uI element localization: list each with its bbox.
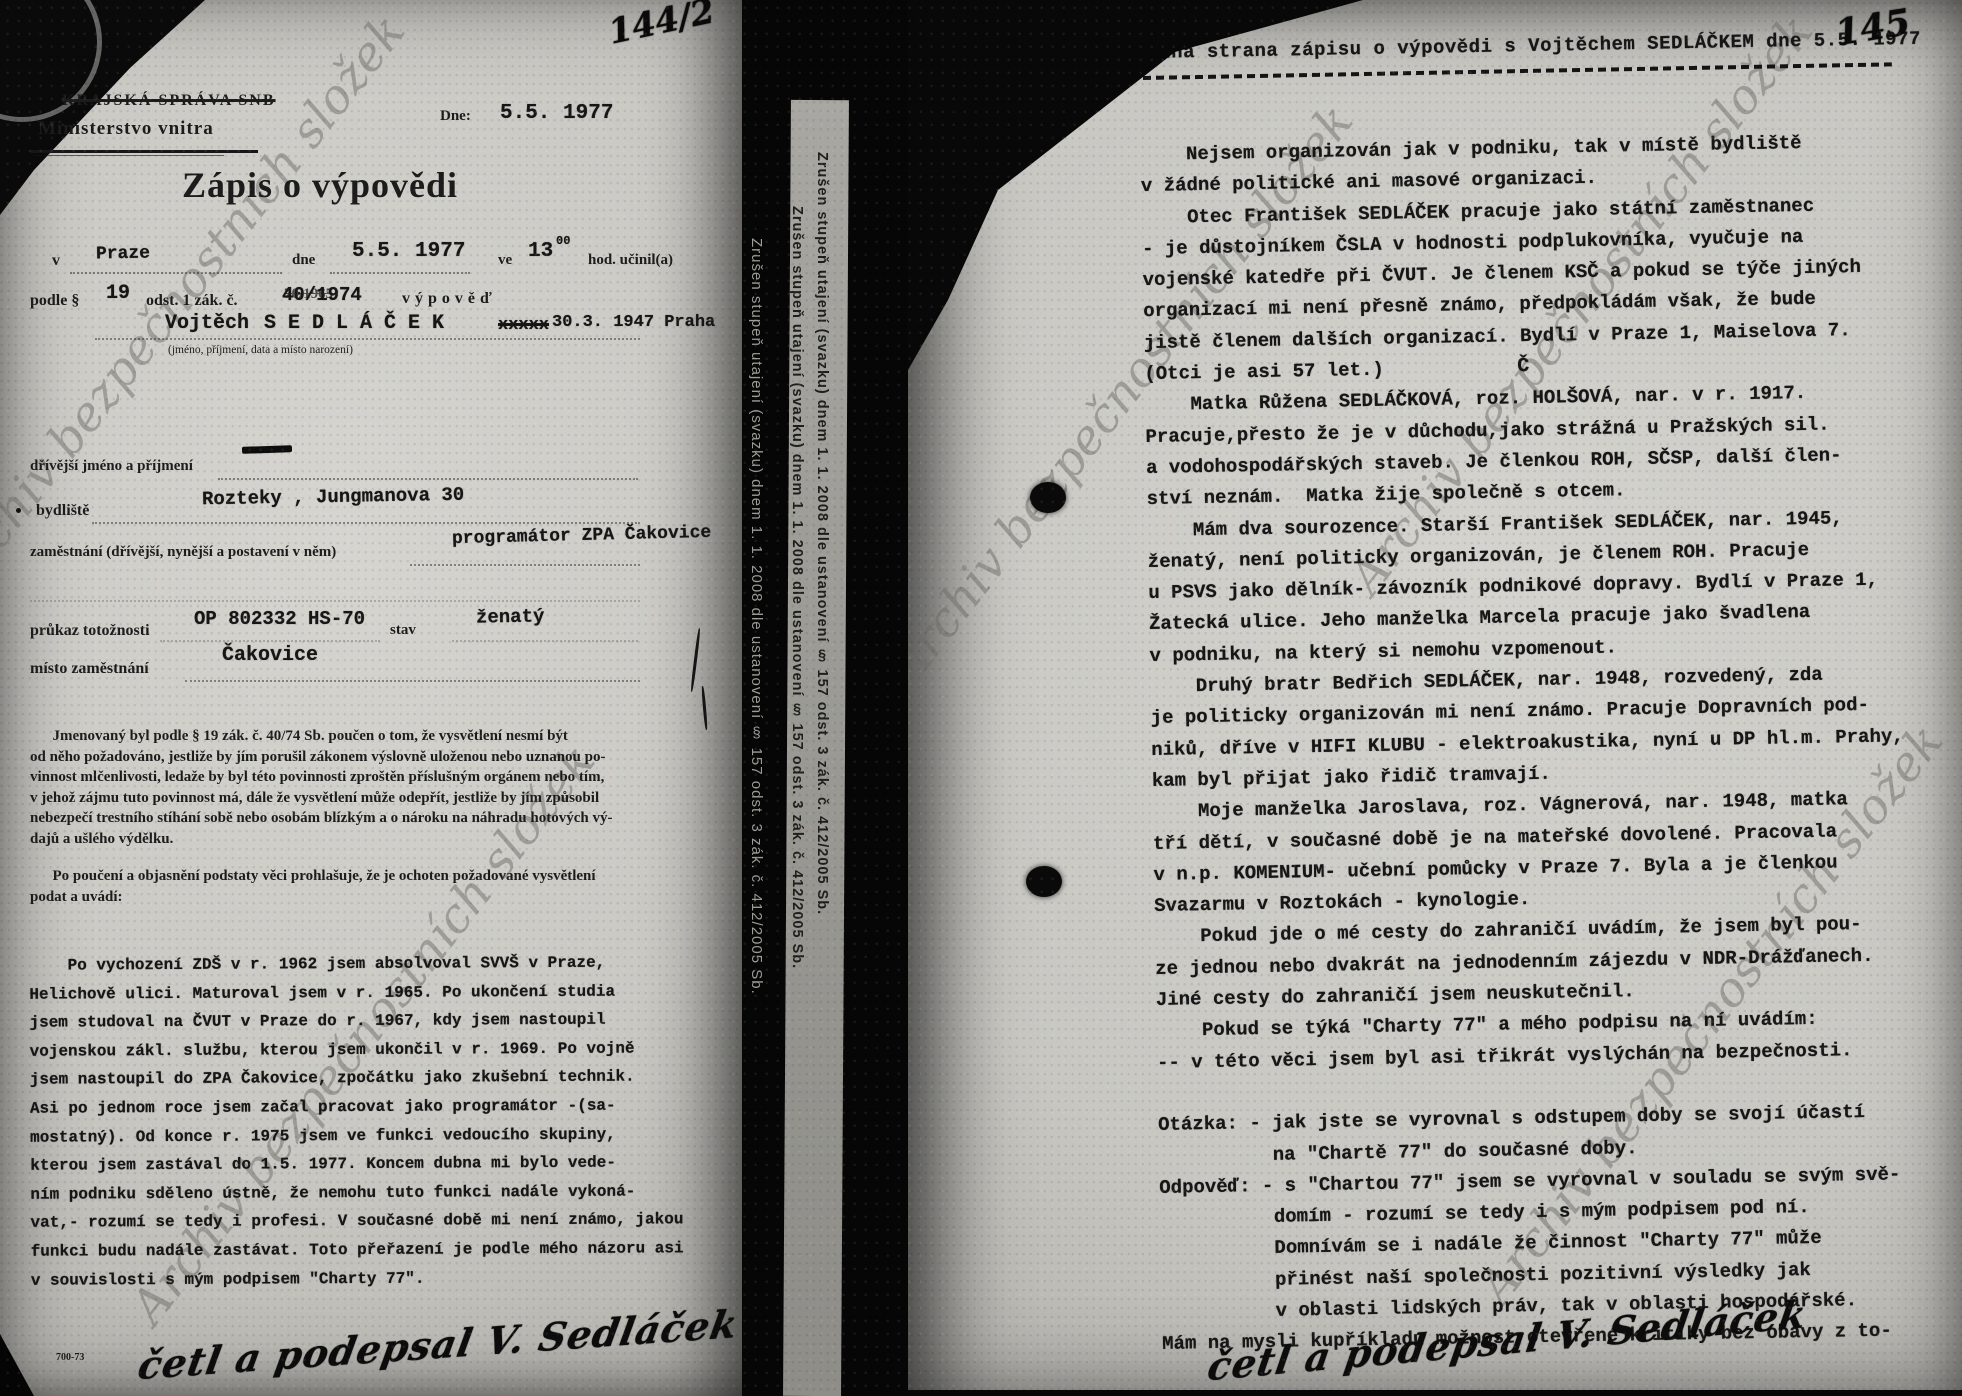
- date-label: Dne:: [440, 108, 471, 125]
- ve-label: ve: [498, 252, 512, 269]
- law-number-overtyped: 70/1965 40/1974: [282, 284, 362, 306]
- dotted-rule: [452, 640, 638, 642]
- date-value: 5.5. 1977: [500, 102, 613, 125]
- dotted-rule: [30, 600, 640, 602]
- vypoved-label: výpověď: [402, 290, 497, 308]
- text-line: Asi po jednom roce jsem začal pracovat j…: [30, 1091, 683, 1123]
- dotted-rule: [70, 272, 282, 274]
- dotted-rule: [410, 564, 640, 566]
- letterhead-underline: [30, 150, 258, 153]
- dotted-rule: [218, 478, 638, 480]
- podle-label: podle §: [30, 292, 79, 310]
- status-value: ženatý: [476, 605, 545, 628]
- dotted-rule: [330, 272, 470, 274]
- ink-dot: [16, 508, 21, 513]
- text-line: jsem nastoupil do ZPA Čakovice, zpočátku…: [30, 1063, 683, 1095]
- place-label: v: [52, 252, 60, 270]
- birth-date-place: 30.3. 1947 Praha: [552, 313, 715, 332]
- text-line: vojenskou zákl. službu, kterou jsem ukon…: [30, 1034, 683, 1066]
- time-value: 13: [528, 240, 553, 263]
- typed-correction-mark: Č: [1517, 355, 1529, 378]
- text-line: kterou jsem zastával do 1.5. 1977. Konce…: [30, 1148, 683, 1180]
- dotted-rule: [95, 338, 640, 340]
- text-line: nebezpečí trestního stíhání sobě nebo os…: [30, 808, 612, 829]
- first-name: Vojtěch: [165, 312, 249, 335]
- declassification-note-vertical: Zrušen stupeň utajení (svazku) dnem 1. 1…: [814, 152, 830, 915]
- text-line: ním podniku sděleno ústně, že nemohu tut…: [30, 1177, 683, 1209]
- text-line: v souvislosti s mým podpisem "Charty 77"…: [31, 1263, 684, 1295]
- left-page-scan: Archiv bezpečnostních složek Archiv bezp…: [0, 0, 742, 1396]
- text-line: mostatný). Od konce r. 1975 jsem ve funk…: [30, 1120, 683, 1152]
- declassification-note-vertical: Zrušen stupeň utajení (svazku) dnem 1. 1…: [748, 238, 765, 995]
- handwritten-page-number: 144/2: [605, 0, 718, 53]
- field-workplace-label: místo zaměstnání: [30, 660, 149, 678]
- residence-value: Rozteky , Jungmanova 30: [202, 484, 465, 511]
- ink-mark: [690, 628, 701, 692]
- dne-value: 5.5. 1977: [352, 240, 465, 263]
- text-line: jsem studoval na ČVUT v Praze do r. 1967…: [29, 1005, 682, 1037]
- right-page-content: Druhá strana zápisu o výpovědi s Vojtěch…: [908, 0, 1962, 1390]
- dotted-rule: [185, 680, 640, 682]
- dotted-rule: [92, 522, 640, 524]
- time-superscript: 00: [556, 234, 570, 248]
- ministry-letterhead: Ministerstvo vnitra: [38, 118, 214, 140]
- text-line: dajů a ušlého výdělku.: [30, 829, 612, 850]
- letterhead-struck: KRAJSKÁ SPRÁVA SNB: [62, 92, 276, 110]
- surname: S E D L Á Č E K: [264, 312, 444, 335]
- name-caption: (jméno, příjmení, data a místo narození): [168, 344, 353, 356]
- scan-corner-shadow: [0, 1334, 34, 1396]
- right-page-scan: Archiv bezpečnostních složek Archiv bezp…: [908, 0, 1962, 1390]
- field-id-label: průkaz totožnosti: [30, 622, 150, 640]
- text-line: Helichově ulici. Maturoval jsem v r. 196…: [29, 977, 682, 1009]
- declassification-note-vertical: Zrušen stupeň utajení (svazku) dnem 1. 1…: [789, 206, 805, 969]
- field-job-label: zaměstnání (dřívější, nynější a postaven…: [30, 544, 336, 561]
- dne-label: dne: [292, 252, 315, 269]
- document-title: Zápis o výpovědi: [140, 164, 500, 206]
- field-residence-label: bydliště: [36, 502, 89, 520]
- job-value: programátor ZPA Čakovice: [452, 523, 712, 549]
- text-line: vat,- rozumí se tedy i profesi. V součas…: [30, 1206, 683, 1238]
- signature-left: četl a podepsal V. Sedláček: [135, 1301, 742, 1389]
- legal-notice-paragraph: Jmenovaný byl podle § 19 zák. č. 40/74 S…: [30, 726, 612, 849]
- text-line: funkci budu nadále zastávat. Toto přeřaz…: [31, 1234, 684, 1266]
- header-dashed-underline: [1130, 62, 1892, 80]
- field-previous-name-label: dřívější jméno a příjmení: [30, 458, 193, 475]
- scanned-document: Archiv bezpečnostních složek Archiv bezp…: [0, 0, 1962, 1396]
- form-number: 700-73: [56, 1352, 84, 1363]
- ink-dash-mark: [242, 445, 292, 454]
- place-value: Praze: [96, 244, 150, 265]
- text-line: Po vychození ZDŠ v r. 1962 jsem absolvov…: [29, 948, 682, 980]
- law-number-old: 70/1965: [284, 286, 333, 303]
- typed-testimony-right: Nejsem organizován jak v podniku, tak v …: [1140, 126, 1915, 1360]
- letterhead-underline: [34, 155, 224, 156]
- field-status-label: stav: [390, 622, 416, 639]
- workplace-value: Čakovice: [222, 644, 318, 667]
- text-line: Po poučení a objasnění podstaty věci pro…: [30, 866, 596, 887]
- text-line: podat a uvádí:: [30, 887, 596, 908]
- hod-label: hod. učinil(a): [588, 252, 673, 269]
- id-value: OP 802332 HS-70: [194, 608, 365, 630]
- ink-mark: [701, 686, 708, 730]
- text-line: od něho požadováno, jestliže by jím poru…: [30, 747, 612, 768]
- dotted-rule: [160, 640, 380, 642]
- text-line: v jehož zájmu tuto povinnost má, dále že…: [30, 788, 612, 809]
- text-line: vinnost mlčenlivosti, ledaže by byl této…: [30, 767, 612, 788]
- typed-testimony-left: Po vychození ZDŠ v r. 1962 jsem absolvov…: [29, 948, 684, 1295]
- statement-intro-paragraph: Po poučení a objasnění podstaty věci pro…: [30, 866, 596, 907]
- page-header: Druhá strana zápisu o výpovědi s Vojtěch…: [1135, 28, 1921, 64]
- struck-text: xxxxx: [498, 316, 549, 335]
- podle-mid-label: odst. 1 zák. č.: [146, 292, 238, 310]
- paragraph-number: 19: [106, 282, 130, 305]
- text-line: Jmenovaný byl podle § 19 zák. č. 40/74 S…: [30, 726, 612, 747]
